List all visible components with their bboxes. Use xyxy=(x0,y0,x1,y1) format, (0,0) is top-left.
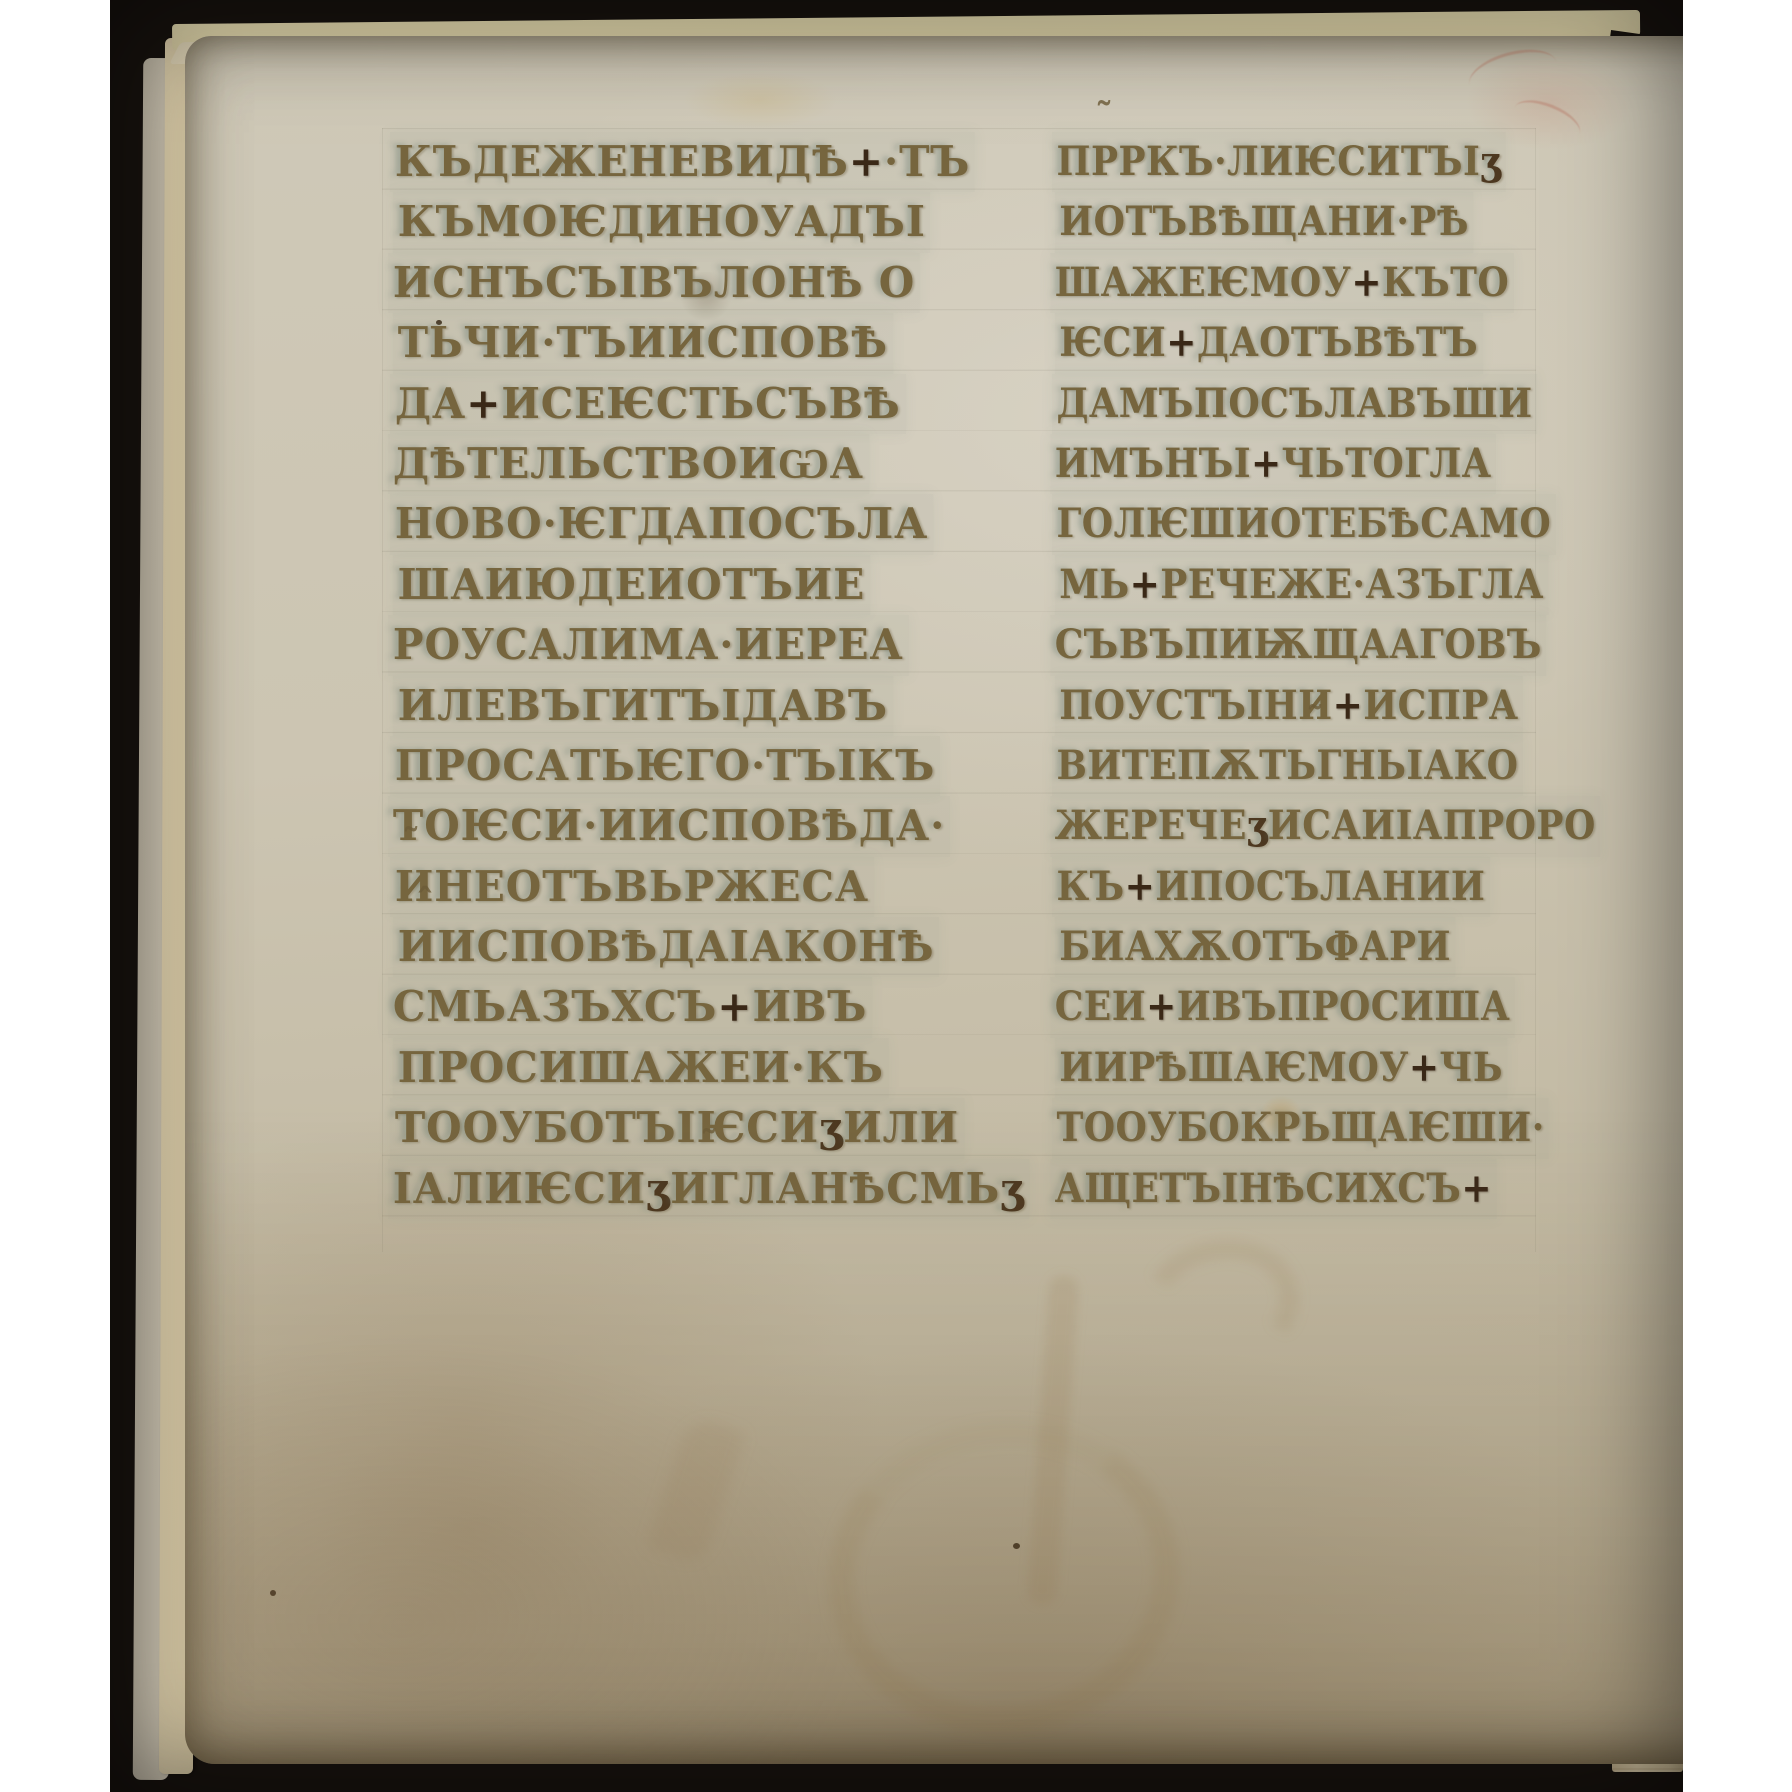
ink-speck xyxy=(270,1590,276,1596)
titlo-mark: ˆ xyxy=(416,882,434,924)
manuscript-line: МЬ+РЕЧЕЖЕ·АЗЪГЛА xyxy=(1055,555,1549,615)
manuscript-line: ШАИЮДЕИОТЪИЕ xyxy=(393,555,870,615)
manuscript-line: ИИСПОВѢДАІАКОНѢ xyxy=(393,917,939,977)
titlo-mark: ˜ xyxy=(1095,96,1113,138)
manuscript-line: ИНЕОТЪВЬРЖЕСА xyxy=(390,857,874,917)
manuscript-line: КЪ+ИПОСЪЛАНИИ xyxy=(1052,857,1490,917)
manuscript-line: ДАМЪПОСЪЛАВЪШИ xyxy=(1052,374,1537,434)
titlo-mark: ˜ xyxy=(1306,700,1324,742)
manuscript-line: ДѢТЕЛЬСТВОИѠА xyxy=(388,434,869,494)
manuscript-line: ИЛЕВЪГИТЪІДАВЪ xyxy=(393,676,893,736)
manuscript-line: ИОТЪВѢЩАНИ·РѢ xyxy=(1055,192,1474,252)
text-column-right: ПРРКЪ·ЛИѤСИТЪІʒ ИОТЪВѢЩАНИ·РѢ ШАЖЕѤМОУ+К… xyxy=(1052,132,1600,1219)
screenshot-canvas: КЪДЕЖЕНЕВИДѢ+·ТЪ КЪМОѤДИНОУАДЪІ ИСНЪСЪІВ… xyxy=(0,0,1792,1792)
manuscript-line: ІАЛИѤСИʒИГЛАНѢСМЬʒ xyxy=(388,1159,1029,1219)
manuscript-line: СМЬАЗЪХСЪ+ИВЪ xyxy=(388,977,872,1037)
text-column-left: КЪДЕЖЕНЕВИДѢ+·ТЪ КЪМОѤДИНОУАДЪІ ИСНЪСЪІВ… xyxy=(390,132,1029,1219)
manuscript-line: ИСНЪСЪІВЪЛОНѢ О xyxy=(388,253,920,313)
manuscript-line: ТЬЧИ·ТЪИИСПОВѢ xyxy=(393,313,893,373)
titlo-mark: ˜ xyxy=(402,822,420,864)
manuscript-line: ВИТЕПѪТЬГНЬІАКО xyxy=(1052,736,1523,796)
manuscript-line: ПРРКЪ·ЛИѤСИТЪІʒ xyxy=(1052,132,1506,192)
manuscript-line: ТООУБОКРЬЩАѤШИ· xyxy=(1052,1098,1549,1158)
manuscript-line: БИАХѪОТЪФАРИ xyxy=(1055,917,1456,977)
manuscript-line: ИИРѢШАѤМОУ+ЧЬ xyxy=(1055,1038,1508,1098)
manuscript-photo: КЪДЕЖЕНЕВИДѢ+·ТЪ КЪМОѤДИНОУАДЪІ ИСНЪСЪІВ… xyxy=(110,0,1683,1792)
manuscript-line: КЪДЕЖЕНЕВИДѢ+·ТЪ xyxy=(390,132,975,192)
manuscript-line: РОУСАЛИМА·ИЕРЕА xyxy=(388,615,908,675)
manuscript-line: НОВО·ѤГДАПОСЪЛА xyxy=(390,494,933,554)
manuscript-line: ДА+ИСЕѤСТЬСЪВѢ xyxy=(390,374,906,434)
manuscript-line: ТООУБОТЪІѤСИʒИЛИ xyxy=(390,1098,964,1158)
titlo-mark: ˜ xyxy=(700,1124,718,1166)
manuscript-line: ПОУСТЪІНИ+ИСПРА xyxy=(1055,676,1523,736)
manuscript-line: ПРОСАТЬѤГО·ТЪІКЪ xyxy=(390,736,940,796)
manuscript-line: ГОЛѤШИОТЕБѢСАМО xyxy=(1052,494,1556,554)
manuscript-line: СЕИ+ИВЪПРОСИША xyxy=(1050,977,1515,1037)
manuscript-line: ТОѤСИ·ИИСПОВѢДА· xyxy=(388,796,950,856)
manuscript-line: ПРОСИШАЖЕИ·КЪ xyxy=(393,1038,889,1098)
manuscript-line: ШАЖЕѤМОУ+КЪТО xyxy=(1050,253,1513,313)
manuscript-line: ѤСИ+ДАОТЪВѢТЪ xyxy=(1055,313,1483,373)
manuscript-line: АЩЕТЪІНѢСИХСЪ+ xyxy=(1050,1159,1496,1219)
manuscript-line: ИМЪНЪІ+ЧЬТОГЛА xyxy=(1050,434,1496,494)
manuscript-line: ЖЕРЕЧЕʒИСАИІАПРОРО xyxy=(1050,796,1600,856)
manuscript-line: СЪВЪПИѬЩААГОВЪ xyxy=(1050,615,1546,675)
manuscript-line: КЪМОѤДИНОУАДЪІ xyxy=(393,192,931,252)
